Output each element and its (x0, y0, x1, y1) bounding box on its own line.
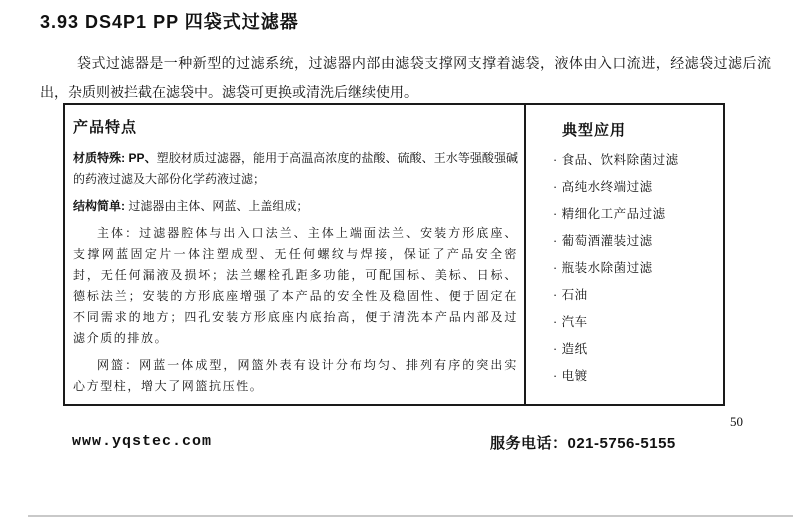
scan-artifact-line (28, 515, 793, 517)
basket-paragraph: 网篮：网蓝一体成型，网篮外表有设计分布均匀、排列有序的突出实心方型柱，增大了网篮… (73, 355, 518, 397)
body-paragraph: 主体：过滤器腔体与出入口法兰、主体上端面法兰、安装方形底座、支撑网蓝固定片一体注… (73, 223, 518, 349)
applications-list: ·食品、饮料除菌过滤 ·高纯水终端过滤 ·精细化工产品过滤 ·葡萄酒灌装过滤 ·… (553, 153, 717, 383)
application-item: ·电镀 (553, 369, 717, 383)
application-item: ·瓶装水除菌过滤 (553, 261, 717, 275)
bullet-glyph: · (553, 369, 558, 383)
application-label: 精细化工产品过滤 (562, 207, 666, 221)
structure-label: 结构简单: (73, 199, 125, 213)
application-label: 高纯水终端过滤 (562, 180, 653, 194)
applications-header: 典型应用 (562, 119, 717, 140)
application-item: ·食品、饮料除菌过滤 (553, 153, 717, 167)
cover-paragraph: 上盖：上盖一体成型，盖内做了特殊的设计，获得了国家认可的专利， (73, 403, 518, 404)
application-item: ·葡萄酒灌装过滤 (553, 234, 717, 248)
application-label: 石油 (562, 288, 588, 302)
page-title: 3.93 DS4P1 PP 四袋式过滤器 (40, 8, 299, 34)
material-paragraph: 材质特殊: PP、塑胶材质过滤器，能用于高温高浓度的盐酸、硫酸、王水等强酸强碱的… (73, 148, 518, 190)
application-item: ·高纯水终端过滤 (553, 180, 717, 194)
features-header: 产品特点 (73, 116, 518, 137)
bullet-glyph: · (553, 288, 558, 302)
application-label: 造纸 (562, 342, 588, 356)
bullet-glyph: · (553, 261, 558, 275)
application-label: 汽车 (562, 315, 588, 329)
intro-paragraph: 袋式过滤器是一种新型的过滤系统，过滤器内部由滤袋支撑网支撑着滤袋，液体由入口流进… (40, 49, 771, 107)
bullet-glyph: · (553, 234, 558, 248)
bullet-glyph: · (553, 180, 558, 194)
product-features-cell: 产品特点 材质特殊: PP、塑胶材质过滤器，能用于高温高浓度的盐酸、硫酸、王水等… (65, 105, 524, 404)
application-label: 瓶装水除菌过滤 (562, 261, 653, 275)
structure-paragraph: 结构简单: 过滤器由主体、网蓝、上盖组成； (73, 196, 518, 217)
footer-website: www.yqstec.com (72, 433, 212, 450)
bullet-glyph: · (553, 207, 558, 221)
feature-table: 产品特点 材质特殊: PP、塑胶材质过滤器，能用于高温高浓度的盐酸、硫酸、王水等… (63, 103, 725, 406)
application-item: ·汽车 (553, 315, 717, 329)
application-item: ·造纸 (553, 342, 717, 356)
application-item: ·精细化工产品过滤 (553, 207, 717, 221)
bullet-glyph: · (553, 342, 558, 356)
typical-applications-cell: 典型应用 ·食品、饮料除菌过滤 ·高纯水终端过滤 ·精细化工产品过滤 ·葡萄酒灌… (524, 105, 723, 404)
application-item: ·石油 (553, 288, 717, 302)
page-number: 50 (730, 414, 743, 430)
application-label: 电镀 (562, 369, 588, 383)
structure-text: 过滤器由主体、网蓝、上盖组成； (125, 199, 308, 213)
material-label: 材质特殊: PP、 (73, 151, 157, 165)
bullet-glyph: · (553, 315, 558, 329)
application-label: 葡萄酒灌装过滤 (562, 234, 653, 248)
bullet-glyph: · (553, 153, 558, 167)
application-label: 食品、饮料除菌过滤 (562, 153, 679, 167)
footer-service-phone: 服务电话：021-5756-5155 (490, 432, 676, 453)
